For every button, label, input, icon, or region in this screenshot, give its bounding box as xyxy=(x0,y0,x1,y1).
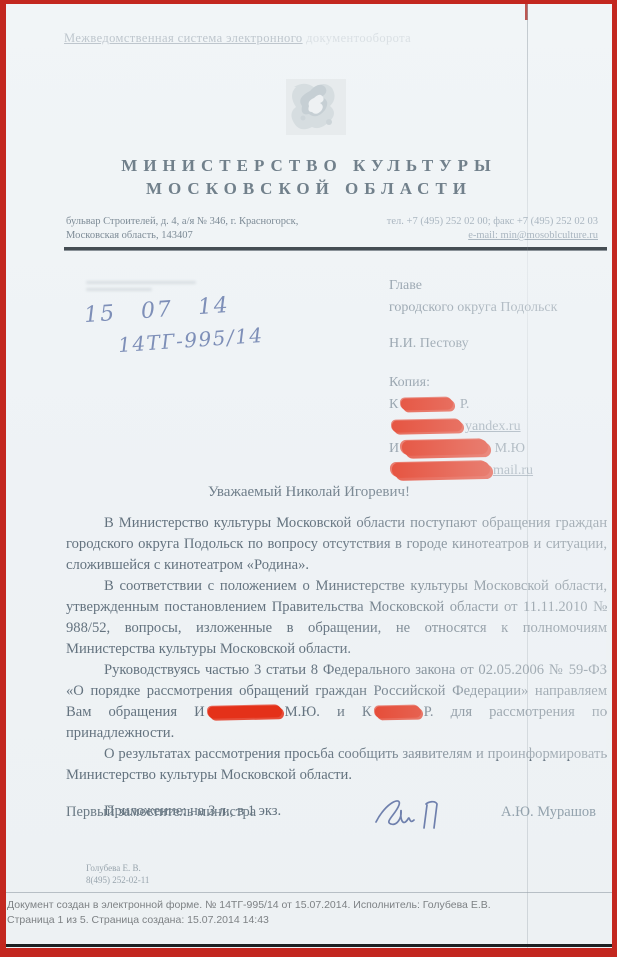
copy-email-2: mail.ru xyxy=(389,460,607,482)
copy-addressee-2: И М.Ю xyxy=(389,438,607,460)
ministry-title: МИНИСТЕРСТВО КУЛЬТУРЫ МОСКОВСКОЙ ОБЛАСТИ xyxy=(6,154,612,200)
handwritten-outgoing-number: 14ТГ-995/14 xyxy=(117,323,264,357)
coat-of-arms xyxy=(281,78,351,141)
edms-system-header: Межведомственная система электронного до… xyxy=(64,31,494,46)
copy-email-1-domain: yandex.ru xyxy=(465,419,521,434)
scan-bottom-edge xyxy=(6,944,612,947)
edms-system-header-legible: Межведомственная система электронного xyxy=(64,31,303,45)
letter-page: Межведомственная система электронного до… xyxy=(6,4,612,948)
ministry-email: e-mail: min@mosoblculture.ru xyxy=(387,229,598,243)
letter-body: Уважаемый Николай Игоревич! В Министерст… xyxy=(66,484,607,822)
redaction-mark xyxy=(208,705,282,719)
faint-registration-stamp xyxy=(86,281,196,297)
recipient-line1: Главе xyxy=(389,275,607,297)
paragraph-2: В соответствии с положением о Министерст… xyxy=(66,576,607,660)
postal-address-line2: Московская область, 143407 xyxy=(66,229,298,243)
copy-addressee-1: К Р. xyxy=(389,394,607,416)
crease-mark-top xyxy=(525,4,528,20)
phone-email-block: тел. +7 (495) 252 02 00; факс +7 (495) 2… xyxy=(387,215,598,243)
phone-fax-line: тел. +7 (495) 252 02 00; факс +7 (495) 2… xyxy=(387,215,598,229)
executor-name: Голубева Е. В. xyxy=(86,862,149,874)
copy-email-2-domain: mail.ru xyxy=(493,463,533,478)
postal-address: бульвар Строителей, д. 4, а/я № 346, г. … xyxy=(66,215,298,243)
redaction-mark xyxy=(402,439,488,456)
paragraph-3: Руководствуясь частью 3 статьи 8 Федерал… xyxy=(66,660,607,744)
redaction-mark xyxy=(392,461,490,478)
letterhead-divider xyxy=(64,247,607,251)
paragraph-4: О результатах рассмотрения просьба сообщ… xyxy=(66,744,607,786)
handwritten-signature xyxy=(368,792,460,849)
copy-label: Копия: xyxy=(389,372,607,394)
signature-row: Первый заместитель министра А.Ю. Мурашов xyxy=(66,804,596,821)
postal-address-line1: бульвар Строителей, д. 4, а/я № 346, г. … xyxy=(66,215,298,229)
edms-footer-line2: Страница 1 из 5. Страница создана: 15.07… xyxy=(7,913,597,928)
executor-block: Голубева Е. В. 8(495) 252-02-11 xyxy=(86,862,149,886)
paragraph-1: В Министерство культуры Московской облас… xyxy=(66,513,607,576)
footer-divider xyxy=(6,892,612,893)
scan-red-frame: Межведомственная система электронного до… xyxy=(0,0,617,957)
executor-phone: 8(495) 252-02-11 xyxy=(86,874,149,886)
recipient-block: Главе городского округа Подольск Н.И. Пе… xyxy=(389,275,607,482)
redaction-mark xyxy=(374,705,420,718)
handwritten-date: 15 07 14 xyxy=(83,293,230,328)
signer-name: А.Ю. Мурашов xyxy=(501,804,596,821)
salutation: Уважаемый Николай Игоревич! xyxy=(66,484,607,501)
signer-position: Первый заместитель министра xyxy=(66,804,256,821)
redaction-mark xyxy=(392,419,462,432)
letterhead-contacts: бульвар Строителей, д. 4, а/я № 346, г. … xyxy=(66,215,598,243)
edms-system-header-faded: документооборота xyxy=(303,31,412,45)
ministry-title-line2: МОСКОВСКОЙ ОБЛАСТИ xyxy=(6,177,612,200)
edms-footer: Документ создан в электронной форме. № 1… xyxy=(7,898,597,928)
recipient-name: Н.И. Пестову xyxy=(389,333,607,355)
ministry-title-line1: МИНИСТЕРСТВО КУЛЬТУРЫ xyxy=(6,154,612,177)
copy-email-1: yandex.ru xyxy=(389,416,607,438)
edms-footer-line1: Документ создан в электронной форме. № 1… xyxy=(7,898,597,913)
recipient-line2: городского округа Подольск xyxy=(389,297,607,319)
redaction-mark xyxy=(401,397,453,410)
